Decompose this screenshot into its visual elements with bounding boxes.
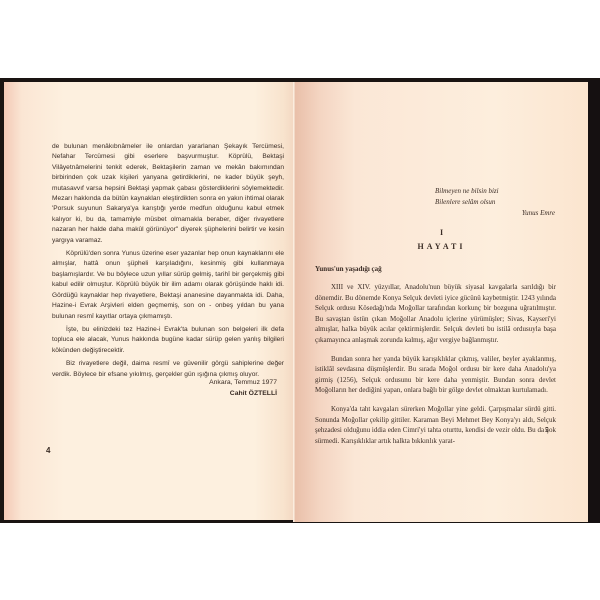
signature-name: Cahit ÖZTELLİ — [209, 389, 277, 400]
section-title: Yunus'un yaşadığı çağ — [315, 265, 382, 273]
page-number-left: 4 — [46, 446, 50, 455]
epigraph-author: Yunus Emre — [435, 208, 555, 219]
left-page-body: de bulunan menâkıbnâmeler ile onlardan y… — [52, 142, 284, 380]
paragraph: XIII ve XIV. yüzyıllar, Anadolu'nun büyü… — [315, 282, 556, 346]
epigraph-line: Bilmeyen ne bilsin bizi — [435, 186, 555, 197]
signature-place-date: Ankara, Temmuz 1977 — [209, 378, 277, 389]
left-page: de bulunan menâkıbnâmeler ile onlardan y… — [4, 82, 295, 520]
open-book: de bulunan menâkıbnâmeler ile onlardan y… — [0, 78, 600, 523]
paragraph: Köprülü'den sonra Yunus üzerine eser yaz… — [52, 249, 284, 322]
paragraph: Konya'da taht kavgaları sürerken Moğolla… — [315, 404, 556, 446]
paragraph: Biz rivayetlere değil, daima resmî ve gü… — [52, 359, 284, 380]
book-cover-edge — [588, 80, 600, 523]
chapter-number: I — [295, 228, 588, 237]
chapter-title: HAYATI — [295, 242, 588, 251]
right-page-body: XIII ve XIV. yüzyıllar, Anadolu'nun büyü… — [315, 282, 556, 454]
signature-block: Ankara, Temmuz 1977 Cahit ÖZTELLİ — [209, 378, 277, 399]
page-number-right: 5 — [545, 425, 549, 434]
paragraph: Bundan sonra her yanda büyük karışıklıkl… — [315, 354, 556, 396]
paragraph: İşte, bu elinizdeki tez Hazine-i Evrak't… — [52, 325, 284, 356]
right-page: Bilmeyen ne bilsin bizi Bilenlere selâm … — [295, 82, 588, 522]
epigraph: Bilmeyen ne bilsin bizi Bilenlere selâm … — [435, 186, 555, 219]
paragraph: de bulunan menâkıbnâmeler ile onlardan y… — [52, 142, 284, 246]
epigraph-line: Bilenlere selâm olsun — [435, 197, 555, 208]
